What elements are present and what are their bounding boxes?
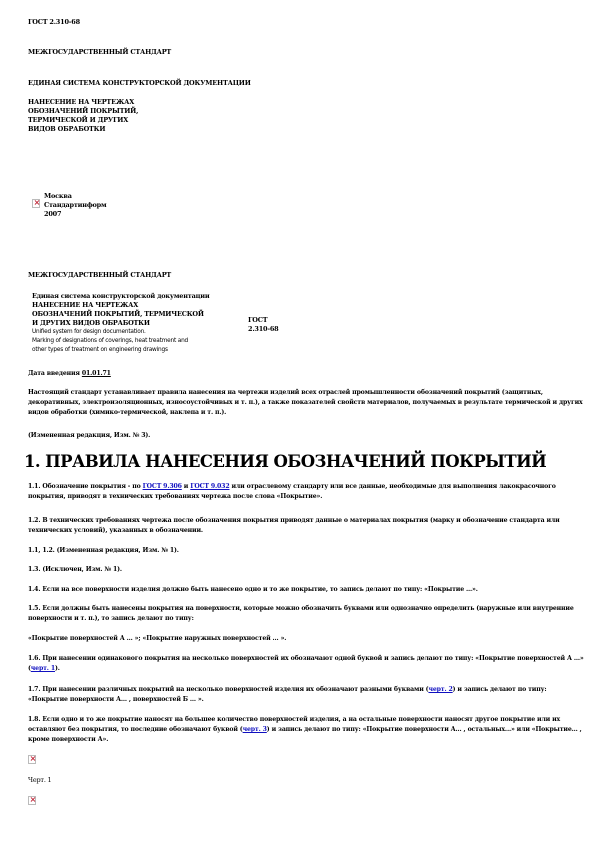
cover-standard-type: МЕЖГОСУДАРСТВЕННЫЙ СТАНДАРТ	[28, 48, 171, 57]
link-gost-9-306[interactable]: ГОСТ 9.306	[143, 483, 182, 490]
broken-image-icon	[28, 796, 36, 805]
paragraph-1-1-1-2-note: 1.1, 1.2. (Измененная редакция, Изм. № 1…	[28, 546, 588, 556]
publisher: Москва Стандартинформ 2007	[44, 192, 106, 219]
cover-title-line: НАНЕСЕНИЕ НА ЧЕРТЕЖАХ	[28, 98, 138, 107]
publisher-name: Стандартинформ	[44, 201, 106, 210]
intro-change-note: (Измененная редакция, Изм. № 3).	[28, 431, 588, 441]
publisher-logo	[32, 199, 40, 211]
header-title-line: И ДРУГИХ ВИДОВ ОБРАБОТКИ	[32, 319, 247, 328]
header-title-block: Единая система конструкторской документа…	[32, 292, 247, 355]
header-title-line: ОБОЗНАЧЕНИЙ ПОКРЫТИЙ, ТЕРМИЧЕСКОЙ	[32, 310, 247, 319]
link-figure-3[interactable]: черт. 3	[243, 726, 267, 733]
paragraph-1-3: 1.3. (Исключен, Изм. № 1).	[28, 565, 588, 575]
text: 1.1. Обозначение покрытия - по	[28, 483, 143, 490]
date-value: 01.01.71	[82, 370, 111, 377]
header-system: Единая система конструкторской документа…	[32, 292, 247, 301]
cover-title: НАНЕСЕНИЕ НА ЧЕРТЕЖАХ ОБОЗНАЧЕНИЙ ПОКРЫТ…	[28, 98, 138, 134]
paragraph-1-4: 1.4. Если на все поверхности изделия дол…	[28, 585, 588, 595]
publisher-city: Москва	[44, 192, 106, 201]
header-english-line: other types of treatment on engineering …	[32, 346, 247, 355]
header-english-line: Unified system for design documentation.	[32, 328, 247, 337]
paragraph-1-2: 1.2. В технических требованиях чертежа п…	[28, 516, 588, 536]
link-gost-9-032[interactable]: ГОСТ 9.032	[190, 483, 229, 490]
intro-date: Дата введения 01.01.71	[28, 369, 588, 379]
text: и	[182, 483, 190, 490]
header-code-line: 2.310-68	[248, 325, 279, 334]
header-title-line: НАНЕСЕНИЕ НА ЧЕРТЕЖАХ	[32, 301, 247, 310]
cover-title-line: ТЕРМИЧЕСКОЙ И ДРУГИХ	[28, 116, 138, 125]
section-heading: 1. ПРАВИЛА НАНЕСЕНИЯ ОБОЗНАЧЕНИЙ ПОКРЫТИ…	[24, 452, 546, 472]
paragraph-1-1: 1.1. Обозначение покрытия - по ГОСТ 9.30…	[28, 482, 588, 502]
intro-paragraph: Настоящий стандарт устанавливает правила…	[28, 388, 588, 418]
figure-2-image	[28, 796, 36, 808]
doc-code: ГОСТ 2.310-68	[28, 18, 80, 27]
link-figure-2[interactable]: черт. 2	[428, 686, 452, 693]
header-english-line: Marking of designations of coverings, he…	[32, 337, 247, 346]
link-figure-1[interactable]: черт. 1	[31, 665, 55, 672]
date-label: Дата введения	[28, 370, 82, 377]
paragraph-1-6: 1.6. При нанесении одинакового покрытия …	[28, 654, 588, 674]
header-code: ГОСТ 2.310-68	[248, 316, 279, 334]
cover-title-line: ОБОЗНАЧЕНИЙ ПОКРЫТИЙ,	[28, 107, 138, 116]
text: 1.7. При нанесении различных покрытий на…	[28, 686, 428, 693]
paragraph-1-5: 1.5. Если должны быть нанесены покрытия …	[28, 604, 588, 624]
paragraph-1-8: 1.8. Если одно и то же покрытие наносят …	[28, 715, 588, 745]
paragraph-1-5-example: «Покрытие поверхностей А ... »; «Покрыти…	[28, 634, 588, 644]
publisher-year: 2007	[44, 210, 106, 219]
broken-image-icon	[32, 199, 40, 208]
paragraph-1-7: 1.7. При нанесении различных покрытий на…	[28, 685, 588, 705]
text: ).	[55, 665, 60, 672]
header-standard-type: МЕЖГОСУДАРСТВЕННЫЙ СТАНДАРТ	[28, 271, 171, 280]
cover-title-line: ВИДОВ ОБРАБОТКИ	[28, 125, 138, 134]
figure-1-image	[28, 755, 36, 767]
header-code-line: ГОСТ	[248, 316, 279, 325]
figure-1-caption: Черт. 1	[28, 776, 52, 785]
text: 1.6. При нанесении одинакового покрытия …	[28, 655, 584, 672]
cover-system: ЕДИНАЯ СИСТЕМА КОНСТРУКТОРСКОЙ ДОКУМЕНТА…	[28, 79, 251, 88]
broken-image-icon	[28, 755, 36, 764]
